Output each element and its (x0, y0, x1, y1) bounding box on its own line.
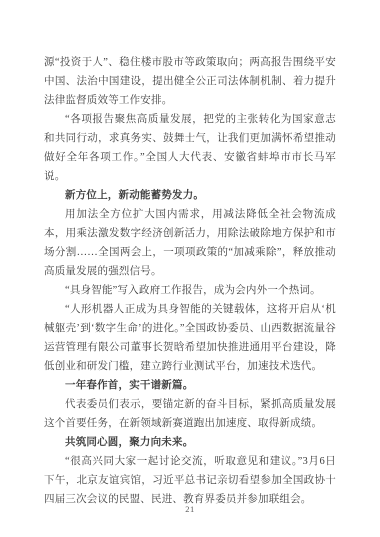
body-paragraph: “具身智能”写入政府工作报告，成为会内外一个热词。 (44, 281, 336, 300)
body-paragraph: 用加法全方位扩大国内需求，用减法降低全社会物流成本，用乘法激发数字经济创新活力，… (44, 205, 336, 281)
page-footer: 21 (0, 499, 380, 517)
document-page: 源“投资于人”、稳住楼市股市等政策取向；两高报告围绕平安中国、法治中国建设，提出… (0, 0, 380, 537)
paragraph-continuation: 源“投资于人”、稳住楼市股市等政策取向；两高报告围绕平安中国、法治中国建设，提出… (44, 53, 336, 110)
section-heading: 一年春作首，实干谱新篇。 (44, 376, 336, 395)
section-heading: 新方位上，新动能蓄势发力。 (44, 186, 336, 205)
body-paragraph: “各项报告聚焦高质量发展，把党的主张转化为国家意志和共同行动，求真务实、鼓舞士气… (44, 110, 336, 186)
article-body: 源“投资于人”、稳住楼市股市等政策取向；两高报告围绕平安中国、法治中国建设，提出… (44, 53, 336, 509)
page-number: 21 (185, 504, 195, 514)
body-paragraph: 代表委员们表示，要锚定新的奋斗目标，紧抓高质量发展这个首要任务，在新领域新赛道跑… (44, 395, 336, 433)
section-heading: 共筑同心圆，聚力向未来。 (44, 433, 336, 452)
body-paragraph: “人形机器人正成为具身智能的关键载体，这将开启从‘机械躯壳’到‘数字生命’的进化… (44, 300, 336, 376)
